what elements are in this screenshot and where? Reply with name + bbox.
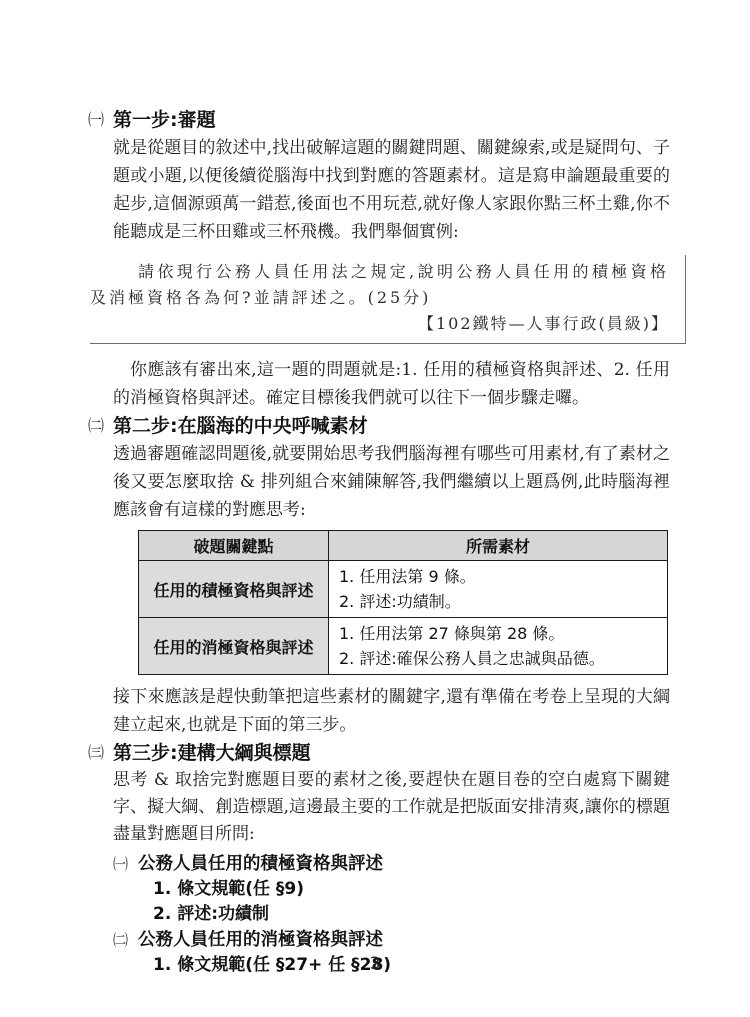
step2-heading: ㈡ 第二步:在腦海的中央呼喊素材 — [88, 414, 670, 438]
outline-item-marker: ㈡ — [113, 928, 138, 952]
material-table: 破題關鍵點 所需素材 任用的積極資格與評述 1. 任用法第 9 條。 2. 評述… — [138, 530, 668, 675]
step1-title: 第一步:審題 — [113, 108, 216, 132]
outline-item: ㈡ 公務人員任用的消極資格與評述 — [113, 928, 670, 952]
step2-body-paragraph: 透過審題確認問題後,就要開始思考我們腦海裡有哪些可用素材,有了素材之後又要怎麼取… — [113, 440, 670, 524]
step2-title: 第二步:在腦海的中央呼喊素材 — [113, 414, 368, 438]
table-key-cell: 任用的積極資格與評述 — [139, 561, 329, 618]
step2-marker: ㈡ — [88, 414, 113, 438]
outline-sub-item: 1. 條文規範(任 §9) — [153, 877, 670, 901]
outline-item-marker: ㈠ — [113, 852, 138, 876]
after-table-paragraph: 接下來應該是趕快動筆把這些素材的關鍵字,還有準備在考卷上呈現的大綱建立起來,也就… — [113, 683, 670, 739]
step3-title: 第三步:建構大綱與標題 — [113, 741, 311, 765]
after-quote-paragraph: 你應該有審出來,這一題的問題就是:1. 任用的積極資格與評述、2. 任用的消極資… — [113, 356, 670, 412]
outline-item-title: 公務人員任用的消極資格與評述 — [138, 928, 383, 952]
table-header-key: 破題關鍵點 — [139, 531, 329, 561]
table-value-cell: 1. 任用法第 27 條與第 28 條。 2. 評述:確保公務人員之忠誠與品德。 — [329, 618, 668, 675]
table-value-item: 1. 任用法第 27 條與第 28 條。 — [339, 621, 659, 646]
table-value-item: 1. 任用法第 9 條。 — [339, 564, 659, 589]
step3-body-paragraph: 思考 & 取捨完對應題目要的素材之後,要趕快在題目卷的空白處寫下關鍵字、擬大綱、… — [113, 767, 670, 848]
table-value-item: 2. 評述:確保公務人員之忠誠與品德。 — [339, 646, 659, 671]
table-key-cell: 任用的消極資格與評述 — [139, 618, 329, 675]
step1-body-paragraph: 就是從題目的敘述中,找出破解這題的關鍵問題、關鍵線索,或是疑問句、子題或小題,以… — [113, 134, 670, 246]
page-content: ㈠ 第一步:審題 就是從題目的敘述中,找出破解這題的關鍵問題、關鍵線索,或是疑問… — [88, 108, 670, 977]
step1-heading: ㈠ 第一步:審題 — [88, 108, 670, 132]
table-value-item: 2. 評述:功績制。 — [339, 589, 659, 614]
exam-question-box: 請依現行公務人員任用法之規定,說明公務人員任用的積極資格及消極資格各為何?並請評… — [90, 255, 686, 344]
step3-marker: ㈢ — [88, 741, 113, 765]
exam-question-text: 請依現行公務人員任用法之規定,說明公務人員任用的積極資格及消極資格各為何?並請評… — [90, 259, 669, 311]
outline-item: ㈠ 公務人員任用的積極資格與評述 — [113, 852, 670, 876]
outline-sub-item: 2. 評述:功績制 — [153, 902, 670, 926]
table-header-row: 破題關鍵點 所需素材 — [139, 531, 668, 561]
table-value-cell: 1. 任用法第 9 條。 2. 評述:功績制。 — [329, 561, 668, 618]
exam-question-source: 【102鐵特—人事行政(員級)】 — [90, 311, 669, 337]
scanned-book-page: ㈠ 第一步:審題 就是從題目的敘述中,找出破解這題的關鍵問題、關鍵線索,或是疑問… — [0, 0, 750, 1017]
step3-heading: ㈢ 第三步:建構大綱與標題 — [88, 741, 670, 765]
table-header-material: 所需素材 — [329, 531, 668, 561]
step1-marker: ㈠ — [88, 108, 113, 132]
table-row: 任用的積極資格與評述 1. 任用法第 9 條。 2. 評述:功績制。 — [139, 561, 668, 618]
page-number: 3 — [0, 954, 750, 974]
table-row: 任用的消極資格與評述 1. 任用法第 27 條與第 28 條。 2. 評述:確保… — [139, 618, 668, 675]
outline-item-title: 公務人員任用的積極資格與評述 — [138, 852, 383, 876]
